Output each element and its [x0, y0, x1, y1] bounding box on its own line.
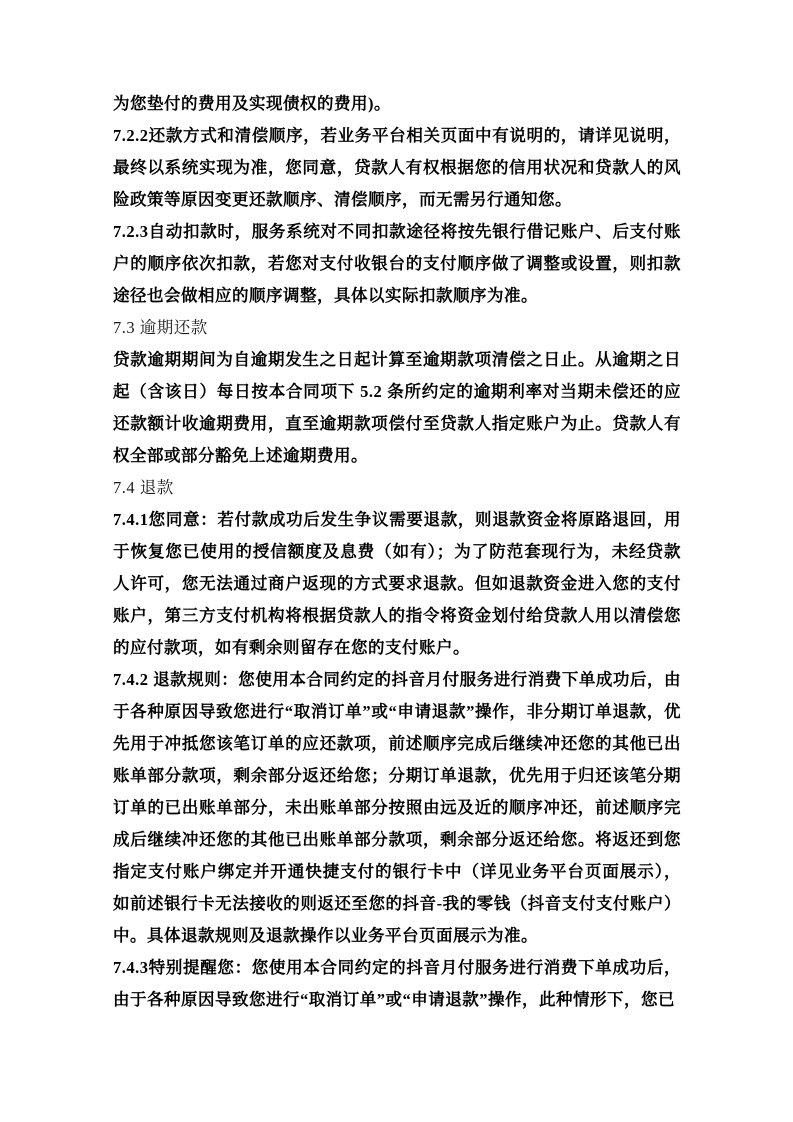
paragraph-clause-7-2-2: 7.2.2还款方式和清偿顺序，若业务平台相关页面中有说明的，请详见说明，最终以系… — [113, 120, 681, 216]
document-page: 为您垫付的费用及实现债权的费用)。 7.2.2还款方式和清偿顺序，若业务平台相关… — [0, 0, 793, 1122]
section-heading-7-3: 7.3 逾期还款 — [113, 312, 681, 344]
paragraph-clause-7-4-3: 7.4.3特别提醒您：您使用本合同约定的抖音月付服务进行消费下单成功后，由于各种… — [113, 952, 681, 1016]
paragraph-clause-7-2-3: 7.2.3自动扣款时，服务系统对不同扣款途径将按先银行借记账户、后支付账户的顺序… — [113, 216, 681, 312]
paragraph-clause-7-2-1-continuation: 为您垫付的费用及实现债权的费用)。 — [113, 88, 681, 120]
paragraph-clause-7-4-2: 7.4.2 退款规则：您使用本合同约定的抖音月付服务进行消费下单成功后，由于各种… — [113, 664, 681, 952]
paragraph-clause-7-3-body: 贷款逾期期间为自逾期发生之日起计算至逾期款项清偿之日止。从逾期之日起（含该日）每… — [113, 344, 681, 472]
contract-text-body: 为您垫付的费用及实现债权的费用)。 7.2.2还款方式和清偿顺序，若业务平台相关… — [113, 88, 681, 1016]
paragraph-clause-7-4-1: 7.4.1您同意：若付款成功后发生争议需要退款，则退款资金将原路退回，用于恢复您… — [113, 504, 681, 664]
section-heading-7-4: 7.4 退款 — [113, 472, 681, 504]
